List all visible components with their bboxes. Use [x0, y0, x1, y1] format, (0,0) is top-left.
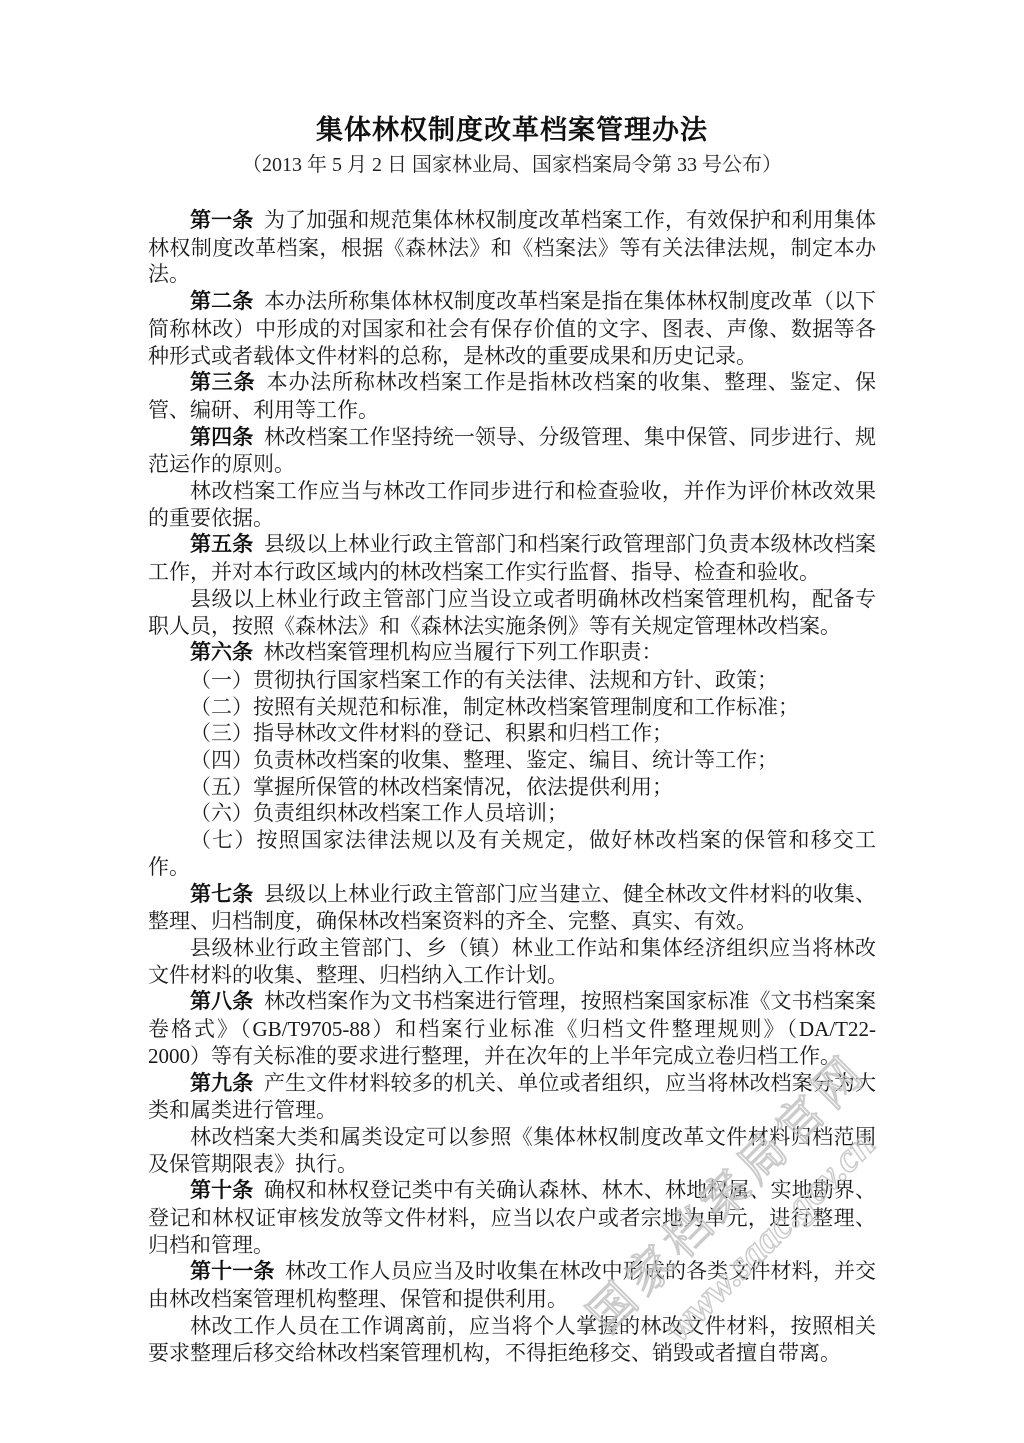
paragraph: 林改档案大类和属类设定可以参照《集体林权制度改革文件材料归档范围及保管期限表》执… — [148, 1124, 876, 1177]
article-number: 第十条 — [190, 1179, 253, 1202]
paragraph: 第七条 县级以上林业行政主管部门应当建立、健全林改文件材料的收集、整理、归档制度… — [148, 881, 876, 935]
paragraph: 县级以上林业行政主管部门应当设立或者明确林改档案管理机构，配备专职人员，按照《森… — [148, 586, 876, 639]
paragraph: 第一条 为了加强和规范集体林权制度改革档案工作，有效保护和利用集体林权制度改革档… — [148, 207, 876, 288]
paragraph: 第八条 林改档案作为文书档案进行管理，按照档案国家标准《文书档案案卷格式》（GB… — [148, 988, 876, 1069]
paragraph: 林改档案工作应当与林改工作同步进行和检查验收，并作为评价林改效果的重要依据。 — [148, 478, 876, 531]
paragraph: 第三条 本办法所称林改档案工作是指林改档案的收集、整理、鉴定、保管、编研、利用等… — [148, 369, 876, 423]
paragraph: （二）按照有关规范和标准，制定林改档案管理制度和工作标准； — [148, 694, 876, 721]
document-page: 集体林权制度改革档案管理办法 （2013 年 5 月 2 日 国家林业局、国家档… — [0, 0, 1024, 1443]
document-subtitle: （2013 年 5 月 2 日 国家林业局、国家档案局令第 33 号公布） — [0, 152, 1024, 178]
paragraph: （四）负责林改档案的收集、整理、鉴定、编目、统计等工作； — [148, 747, 876, 774]
document-body: 第一条 为了加强和规范集体林权制度改革档案工作，有效保护和利用集体林权制度改革档… — [148, 207, 876, 1366]
article-number: 第三条 — [190, 371, 255, 394]
paragraph: 第六条 林改档案管理机构应当履行下列工作职责： — [148, 639, 876, 667]
article-number: 第十一条 — [190, 1260, 274, 1283]
paragraph: 第十条 确权和林权登记类中有关确认森林、林木、林地权属、实地勘界、登记和林权证审… — [148, 1177, 876, 1258]
article-number: 第八条 — [190, 990, 253, 1013]
paragraph: 第十一条 林改工作人员应当及时收集在林改中形成的各类文件材料，并交由林改档案管理… — [148, 1258, 876, 1312]
article-number: 第五条 — [190, 533, 253, 556]
article-number: 第六条 — [190, 641, 253, 664]
paragraph: （六）负责组织林改档案工作人员培训； — [148, 800, 876, 827]
paragraph: （七）按照国家法律法规以及有关规定，做好林改档案的保管和移交工作。 — [148, 827, 876, 880]
paragraph: 第四条 林改档案工作坚持统一领导、分级管理、集中保管、同步进行、规范运作的原则。 — [148, 424, 876, 478]
article-number: 第二条 — [190, 290, 253, 313]
paragraph: （一）贯彻执行国家档案工作的有关法律、法规和方针、政策； — [148, 667, 876, 694]
paragraph: 第二条 本办法所称集体林权制度改革档案是指在集体林权制度改革（以下简称林改）中形… — [148, 288, 876, 369]
paragraph: （三）指导林改文件材料的登记、积累和归档工作； — [148, 720, 876, 747]
paragraph: 第五条 县级以上林业行政主管部门和档案行政管理部门负责本级林改档案工作，并对本行… — [148, 531, 876, 585]
paragraph: 林改工作人员在工作调离前，应当将个人掌握的林改文件材料，按照相关要求整理后移交给… — [148, 1313, 876, 1366]
paragraph: 县级林业行政主管部门、乡（镇）林业工作站和集体经济组织应当将林改文件材料的收集、… — [148, 935, 876, 988]
article-number: 第七条 — [190, 883, 253, 906]
article-number: 第四条 — [190, 426, 253, 449]
paragraph: （五）掌握所保管的林改档案情况，依法提供利用； — [148, 774, 876, 801]
article-number: 第一条 — [190, 209, 253, 232]
document-title: 集体林权制度改革档案管理办法 — [0, 113, 1024, 147]
paragraph: 第九条 产生文件材料较多的机关、单位或者组织，应当将林改档案分为大类和属类进行管… — [148, 1070, 876, 1124]
article-number: 第九条 — [190, 1072, 253, 1095]
